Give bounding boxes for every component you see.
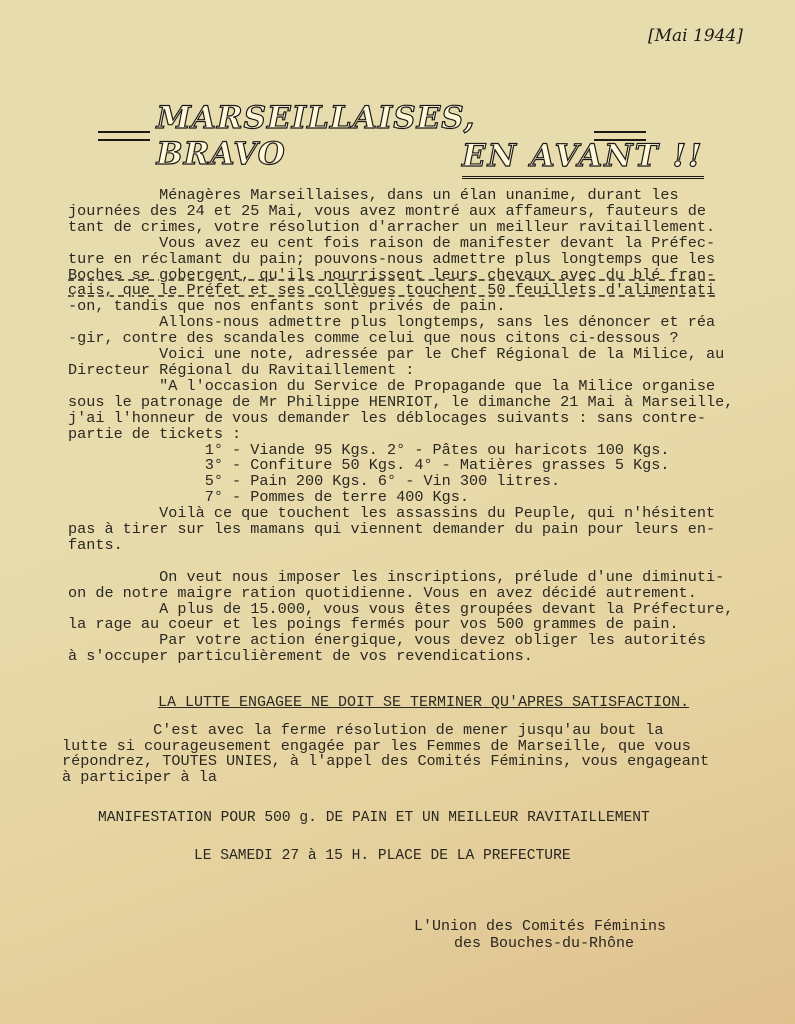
- closing-paragraph: C'est avec la ferme résolution de mener …: [62, 723, 772, 785]
- title-line-2: EN AVANT !!: [462, 138, 704, 179]
- signature-line-1: L'Union des Comités Féminins: [414, 918, 666, 935]
- body-line: pas à tirer sur les mamans qui viennent …: [68, 522, 773, 538]
- call-to-action-line-2: LE SAMEDI 27 à 15 H. PLACE DE LA PREFECT…: [194, 848, 571, 864]
- leaflet-page: [Mai 1944] MARSEILLAISES, BRAVO EN AVANT…: [0, 0, 795, 1024]
- decorative-double-rule: [98, 131, 150, 141]
- signature-line-2: des Bouches-du-Rhône: [414, 935, 666, 952]
- leaflet-body: Ménagères Marseillaises, dans un élan un…: [68, 188, 773, 665]
- handwritten-date-note: [Mai 1944]: [648, 26, 743, 46]
- call-to-action-line-1: MANIFESTATION POUR 500 g. DE PAIN ET UN …: [98, 810, 650, 826]
- body-line: à s'occuper particulièrement de vos reve…: [68, 649, 773, 665]
- body-line: fants.: [68, 538, 773, 554]
- slogan-heading: LA LUTTE ENGAGEE NE DOIT SE TERMINER QU'…: [158, 694, 689, 711]
- signature: L'Union des Comités Fémininsdes Bouches-…: [414, 918, 666, 952]
- body-line: à participer à la: [62, 770, 772, 786]
